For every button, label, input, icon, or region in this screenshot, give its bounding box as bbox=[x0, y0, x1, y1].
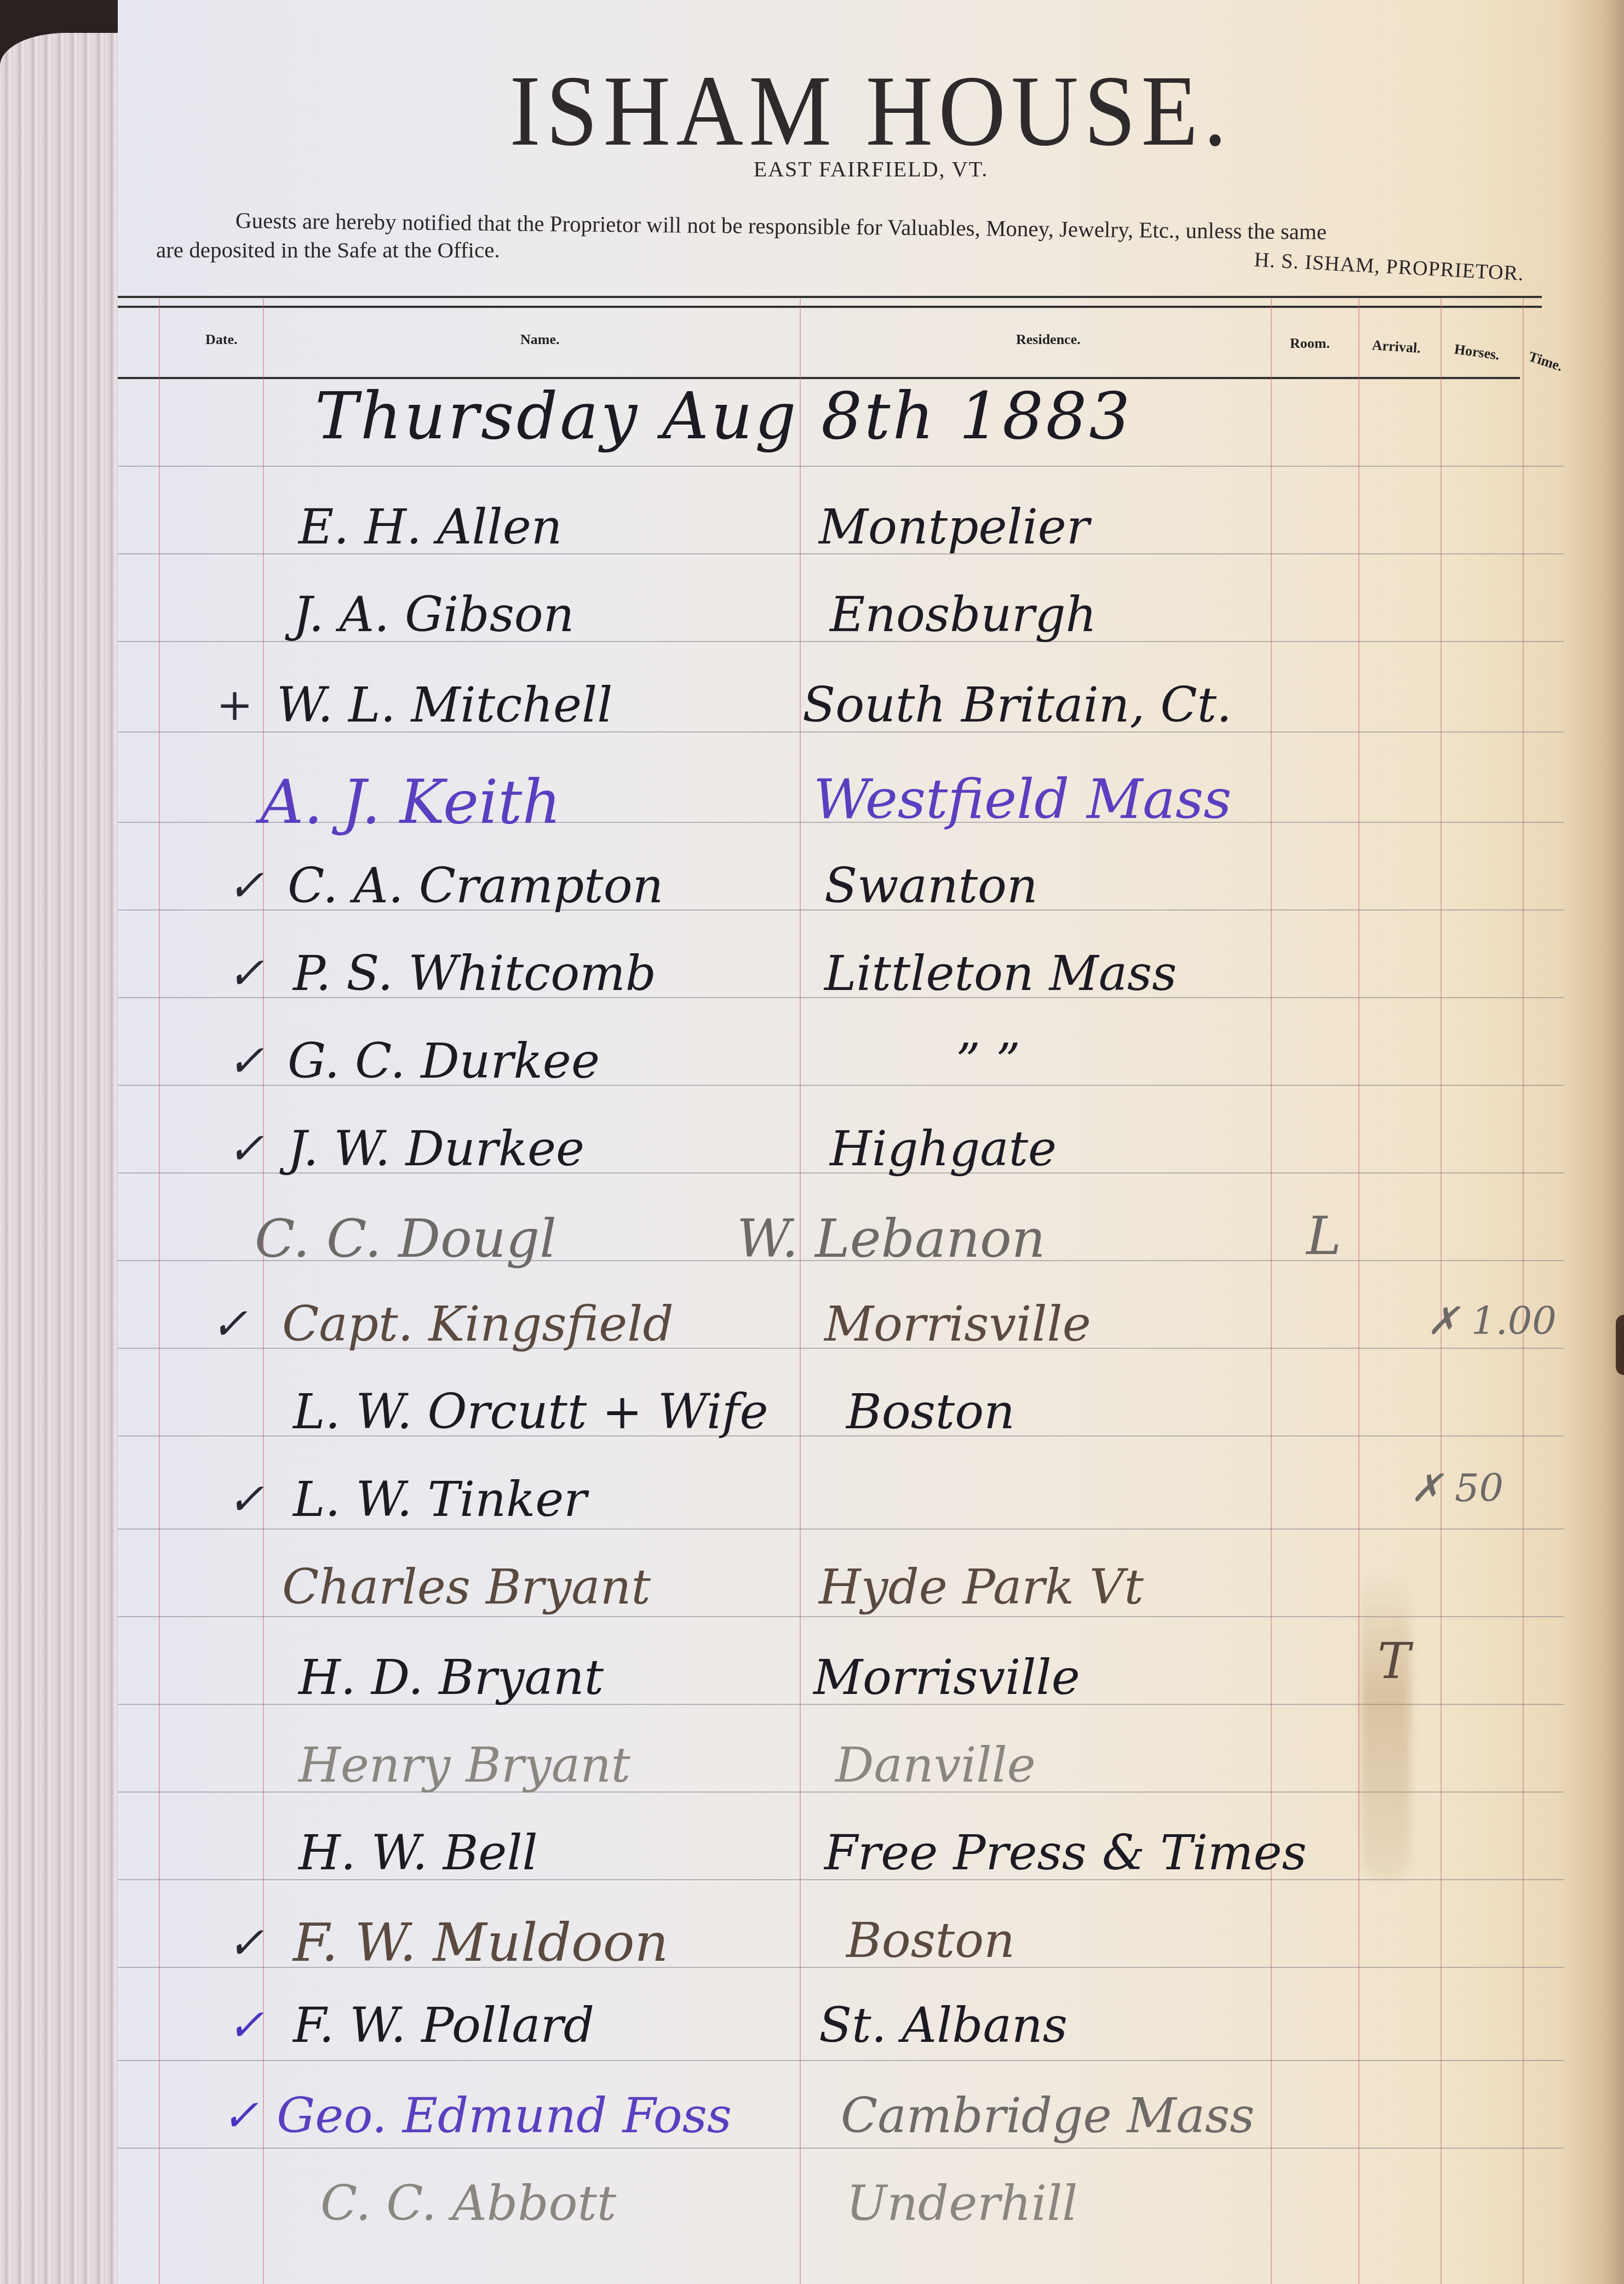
guest-name: L. W. Tinker bbox=[293, 1471, 587, 1527]
column-header-name: Name. bbox=[520, 331, 559, 348]
column-header-date: Date. bbox=[205, 331, 237, 348]
rule-margin bbox=[159, 299, 160, 2284]
guest-residence: Montpelier bbox=[819, 499, 1089, 555]
guest-residence: Underhill bbox=[846, 2175, 1077, 2231]
rule-name-residence bbox=[800, 299, 801, 2284]
guest-residence: Swanton bbox=[824, 857, 1038, 914]
rule-room-arrival bbox=[1358, 299, 1359, 2284]
guest-residence: W. Lebanon bbox=[737, 1208, 1046, 1269]
register-line bbox=[118, 2060, 1564, 2061]
check-mark-icon: ✓ bbox=[227, 2000, 264, 2051]
guest-name: H. W. Bell bbox=[299, 1824, 538, 1881]
guest-name: G. C. Durkee bbox=[288, 1033, 600, 1089]
guest-residence: Free Press & Times bbox=[824, 1824, 1307, 1881]
rule-residence-room bbox=[1271, 299, 1272, 2284]
guest-residence: Morrisville bbox=[813, 1649, 1080, 1705]
guest-name: H. D. Bryant bbox=[299, 1649, 604, 1705]
room-entry: L bbox=[1306, 1205, 1341, 1267]
column-header-residence: Residence. bbox=[1016, 331, 1081, 348]
guest-name: Geo. Edmund Foss bbox=[277, 2087, 732, 2144]
guest-name: L. W. Orcutt + Wife bbox=[293, 1383, 768, 1440]
guest-name: F. W. Pollard bbox=[293, 1997, 594, 2053]
book-page-stack bbox=[0, 33, 119, 2284]
guest-residence: Enosburgh bbox=[830, 586, 1097, 643]
guest-name: A. J. Keith bbox=[260, 767, 561, 837]
column-header-room: Room. bbox=[1290, 335, 1330, 352]
check-mark-icon: ✓ bbox=[227, 1917, 264, 1968]
notice-text-line2: are deposited in the Safe at the Office. bbox=[156, 237, 500, 263]
rule-horses-time bbox=[1523, 299, 1524, 2284]
water-stain bbox=[1361, 1572, 1410, 1879]
header-double-rule bbox=[118, 296, 1542, 308]
register-line bbox=[118, 466, 1564, 467]
page-clip bbox=[1616, 1315, 1624, 1375]
guest-name: Capt. Kingsfield bbox=[282, 1296, 674, 1352]
guest-name: E. H. Allen bbox=[299, 499, 562, 555]
guest-name: C. C. Dougl bbox=[255, 1208, 556, 1269]
check-mark-icon: ✓ bbox=[227, 1474, 264, 1525]
proprietor-signature: H. S. ISHAM, PROPRIETOR. bbox=[1254, 248, 1525, 286]
guest-name: F. W. Muldoon bbox=[293, 1912, 668, 1973]
check-mark-icon: ✓ bbox=[227, 1123, 264, 1174]
check-mark-icon: ✓ bbox=[227, 948, 264, 999]
guest-residence: Morrisville bbox=[824, 1296, 1091, 1352]
guest-residence: Cambridge Mass bbox=[841, 2087, 1254, 2144]
guest-residence: Westfield Mass bbox=[813, 767, 1232, 831]
column-header-horses: Horses. bbox=[1453, 341, 1500, 363]
guest-name: Charles Bryant bbox=[282, 1559, 651, 1615]
guest-residence: Boston bbox=[846, 1383, 1015, 1440]
charge-entry: ✗ 50 bbox=[1410, 1466, 1504, 1510]
check-mark-icon: ✓ bbox=[222, 2090, 259, 2141]
check-mark-icon: ✓ bbox=[211, 1298, 248, 1349]
charge-entry: ✗ 1.00 bbox=[1427, 1298, 1557, 1343]
column-header-time: Time. bbox=[1527, 348, 1565, 375]
entry-mark: + bbox=[216, 679, 253, 730]
guest-name: J. A. Gibson bbox=[293, 586, 574, 643]
check-mark-icon: ✓ bbox=[227, 860, 264, 911]
rule-date-name bbox=[263, 299, 264, 2284]
guest-residence: Littleton Mass bbox=[824, 945, 1177, 1001]
guest-residence: St. Albans bbox=[819, 1997, 1068, 2053]
guest-name: P. S. Whitcomb bbox=[293, 945, 656, 1001]
check-mark-icon: ✓ bbox=[227, 1035, 264, 1086]
guest-residence: Highgate bbox=[830, 1120, 1057, 1177]
register-page: ISHAM HOUSE. EAST FAIRFIELD, VT. Guests … bbox=[118, 0, 1624, 2284]
guest-name: W. L. Mitchell bbox=[277, 677, 612, 733]
register-line bbox=[118, 2148, 1564, 2149]
register-line bbox=[118, 1616, 1564, 1617]
guest-name: Henry Bryant bbox=[299, 1737, 630, 1793]
guest-residence: Boston bbox=[846, 1912, 1015, 1968]
hotel-location: EAST FAIRFIELD, VT. bbox=[118, 156, 1624, 182]
guest-residence: South Britain, Ct. bbox=[802, 677, 1232, 733]
guest-residence: Hyde Park Vt bbox=[819, 1559, 1144, 1615]
room-entry: T bbox=[1378, 1633, 1410, 1690]
register-line bbox=[118, 1529, 1564, 1530]
guest-name: J. W. Durkee bbox=[288, 1120, 584, 1177]
hotel-title: ISHAM HOUSE. bbox=[118, 53, 1624, 169]
guest-name: C. C. Abbott bbox=[320, 2175, 616, 2231]
date-heading: Thursday Aug 8th 1883 bbox=[315, 378, 1132, 454]
column-header-arrival: Arrival. bbox=[1371, 337, 1421, 357]
guest-residence-ditto: ” ” bbox=[956, 1033, 1020, 1089]
guest-residence: Danville bbox=[835, 1737, 1036, 1793]
rule-arrival-horses bbox=[1441, 299, 1442, 2284]
guest-name: C. A. Crampton bbox=[288, 857, 663, 914]
